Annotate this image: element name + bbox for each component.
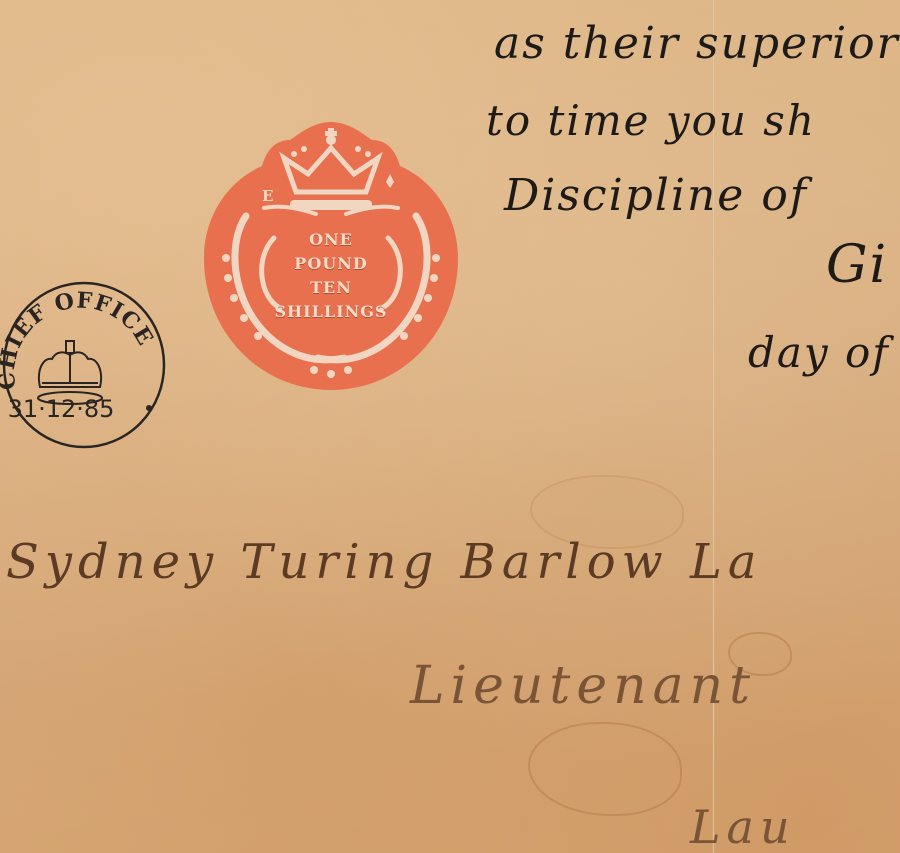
duty-stamp-letter: E (262, 187, 273, 205)
engraved-line-5: day of (748, 328, 890, 377)
engraved-line-4: Gi (826, 235, 888, 295)
duty-stamp-line-2: POUND (204, 254, 458, 273)
duty-stamp-line-3: TEN (204, 278, 458, 297)
duty-stamp-line-4: SHILLINGS (204, 302, 458, 321)
postmark-date: 31·12·85 (0, 395, 136, 423)
handwritten-rank: Lieutenant (410, 656, 756, 716)
chief-office-postmark: CHIEF OFFICE 31·12·85 (0, 279, 168, 451)
duty-stamp-line-1: ONE (204, 230, 458, 249)
engraved-line-2: to time you sh (486, 96, 816, 145)
engraved-line-3: Discipline of (504, 170, 808, 221)
handwritten-line-3: Lau (690, 800, 796, 853)
handwritten-name: Sydney Turing Barlow La (6, 534, 762, 590)
duty-stamp: E ONE POUND TEN SHILLINGS (204, 118, 458, 392)
postmark-ring-icon: CHIEF OFFICE (0, 279, 168, 451)
engraved-line-1: as their superior (494, 18, 900, 69)
